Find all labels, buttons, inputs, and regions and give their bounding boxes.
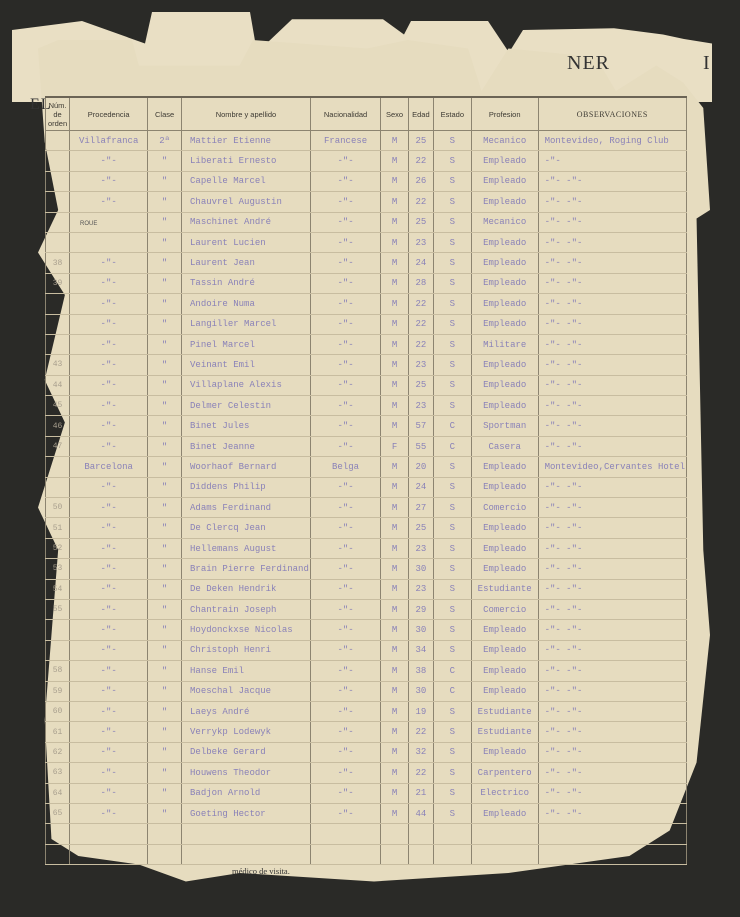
cell-profesion: Empleado <box>471 661 538 681</box>
cell-nombre: Diddens Philip <box>182 477 311 497</box>
cell-edad: 23 <box>408 355 433 375</box>
table-row: Barcelona"Woorhaof BernardBelgaM20SEmple… <box>46 457 687 477</box>
cell-num: 53 <box>46 559 70 579</box>
table-row: 64-"-"Badjon Arnold-"-M21SElectrico-"- -… <box>46 783 687 803</box>
cell-procedencia: -"- <box>70 253 148 273</box>
cell-nacionalidad: -"- <box>310 640 380 660</box>
cell-num: 65 <box>46 803 70 823</box>
cell-procedencia: -"- <box>70 498 148 518</box>
cell-observaciones: -"- -"- <box>538 334 686 354</box>
table-row: "Maschinet André-"-M25SMecanico-"- -"- <box>46 212 687 232</box>
cell-nacionalidad: -"- <box>310 579 380 599</box>
cell-clase: " <box>148 803 182 823</box>
cell-observaciones: -"- -"- <box>538 722 686 742</box>
cell-procedencia: -"- <box>70 620 148 640</box>
cell-procedencia: -"- <box>70 396 148 416</box>
cell-sexo: M <box>381 681 409 701</box>
cell-clase: " <box>148 763 182 783</box>
cell-procedencia: -"- <box>70 722 148 742</box>
table-row: -"-"Hoydonckxse Nicolas-"-M30SEmpleado-"… <box>46 620 687 640</box>
cell-num: 51 <box>46 518 70 538</box>
cell-nombre: De Deken Hendrik <box>182 579 311 599</box>
footer-note: médico de visita. <box>232 866 290 876</box>
cell-observaciones: Montevideo,Cervantes Hotel <box>538 457 686 477</box>
cell-nacionalidad: -"- <box>310 171 380 191</box>
cell-nombre: Liberati Ernesto <box>182 151 311 171</box>
cell-edad: 23 <box>408 579 433 599</box>
cell-procedencia: -"- <box>70 701 148 721</box>
cell-profesion: Estudiante <box>471 579 538 599</box>
cell-nacionalidad: -"- <box>310 416 380 436</box>
col-num: Núm. de orden <box>46 97 70 131</box>
cell-edad: 22 <box>408 334 433 354</box>
table-row: 43-"-"Veinant Emil-"-M23SEmpleado-"- -"- <box>46 355 687 375</box>
table-row: 45-"-"Delmer Celestin-"-M23SEmpleado-"- … <box>46 396 687 416</box>
cell-sexo: M <box>381 416 409 436</box>
cell-observaciones: -"- -"- <box>538 232 686 252</box>
cell-estado: S <box>433 131 471 151</box>
cell-num <box>46 640 70 660</box>
cell-num: 47 <box>46 436 70 456</box>
table-header-row: Núm. de orden Procedencia Clase Nombre y… <box>46 97 687 131</box>
col-nombre: Nombre y apellido <box>182 97 311 131</box>
cell-clase: " <box>148 681 182 701</box>
empty-cell <box>182 824 311 844</box>
cell-observaciones: -"- -"- <box>538 294 686 314</box>
cell-observaciones: -"- -"- <box>538 661 686 681</box>
cell-profesion: Estudiante <box>471 701 538 721</box>
cell-num <box>46 232 70 252</box>
cell-procedencia: -"- <box>70 661 148 681</box>
cell-estado: S <box>433 599 471 619</box>
cell-clase: " <box>148 192 182 212</box>
cell-procedencia: -"- <box>70 355 148 375</box>
cell-estado: S <box>433 273 471 293</box>
cell-edad: 29 <box>408 599 433 619</box>
cell-num: 62 <box>46 742 70 762</box>
cell-num: 58 <box>46 661 70 681</box>
cell-profesion: Empleado <box>471 457 538 477</box>
cell-num: 52 <box>46 538 70 558</box>
cell-nombre: Villaplane Alexis <box>182 375 311 395</box>
cell-nacionalidad: Francese <box>310 131 380 151</box>
title-fragment: NER <box>567 52 610 75</box>
cell-nacionalidad: -"- <box>310 314 380 334</box>
cell-nombre: Andoire Numa <box>182 294 311 314</box>
cell-procedencia: -"- <box>70 416 148 436</box>
cell-edad: 32 <box>408 742 433 762</box>
cell-profesion: Empleado <box>471 620 538 640</box>
cell-estado: S <box>433 375 471 395</box>
cell-edad: 24 <box>408 477 433 497</box>
cell-estado: S <box>433 579 471 599</box>
cell-estado: S <box>433 742 471 762</box>
cell-sexo: M <box>381 701 409 721</box>
empty-cell <box>46 824 70 844</box>
table-row: 55-"-"Chantrain Joseph-"-M29SComercio-"-… <box>46 599 687 619</box>
cell-observaciones: -"- -"- <box>538 579 686 599</box>
cell-estado: S <box>433 477 471 497</box>
cell-edad: 57 <box>408 416 433 436</box>
cell-nacionalidad: -"- <box>310 151 380 171</box>
table-row: 65-"-"Goeting Hector-"-M44SEmpleado-"- -… <box>46 803 687 823</box>
cell-nombre: Laurent Jean <box>182 253 311 273</box>
cell-observaciones: -"- -"- <box>538 375 686 395</box>
cell-num <box>46 131 70 151</box>
cell-clase: " <box>148 579 182 599</box>
cell-procedencia: Barcelona <box>70 457 148 477</box>
table-row: 62-"-"Delbeke Gerard-"-M32SEmpleado-"- -… <box>46 742 687 762</box>
cell-procedencia: -"- <box>70 477 148 497</box>
empty-row <box>46 844 687 864</box>
cell-nacionalidad: -"- <box>310 273 380 293</box>
cell-profesion: Empleado <box>471 355 538 375</box>
cell-sexo: M <box>381 192 409 212</box>
cell-procedencia: -"- <box>70 742 148 762</box>
cell-edad: 22 <box>408 151 433 171</box>
cell-procedencia: -"- <box>70 599 148 619</box>
cell-observaciones: -"- -"- <box>538 783 686 803</box>
cell-nombre: Mattier Etienne <box>182 131 311 151</box>
col-observaciones: OBSERVACIONES <box>538 97 686 131</box>
cell-estado: S <box>433 253 471 273</box>
cell-nombre: Veinant Emil <box>182 355 311 375</box>
table-row: 53-"-"Brain Pierre Ferdinand-"-M30SEmple… <box>46 559 687 579</box>
cell-estado: S <box>433 355 471 375</box>
col-profesion: Profesion <box>471 97 538 131</box>
cell-observaciones: -"- -"- <box>538 212 686 232</box>
cell-num <box>46 151 70 171</box>
cell-estado: S <box>433 498 471 518</box>
cell-profesion: Empleado <box>471 294 538 314</box>
cell-sexo: M <box>381 457 409 477</box>
cell-nacionalidad: -"- <box>310 253 380 273</box>
cell-sexo: M <box>381 334 409 354</box>
table-row: 51-"-"De Clercq Jean-"-M25SEmpleado-"- -… <box>46 518 687 538</box>
cell-observaciones: -"- -"- <box>538 742 686 762</box>
table-row: 54-"-"De Deken Hendrik-"-M23SEstudiante-… <box>46 579 687 599</box>
cell-nombre: Hoydonckxse Nicolas <box>182 620 311 640</box>
cell-nombre: Goeting Hector <box>182 803 311 823</box>
cell-edad: 22 <box>408 314 433 334</box>
empty-cell <box>538 844 686 864</box>
cell-clase: " <box>148 783 182 803</box>
cell-profesion: Empleado <box>471 640 538 660</box>
empty-cell <box>408 844 433 864</box>
cell-num: 44 <box>46 375 70 395</box>
cell-sexo: F <box>381 436 409 456</box>
cell-estado: S <box>433 334 471 354</box>
cell-estado: S <box>433 559 471 579</box>
cell-clase: " <box>148 334 182 354</box>
cell-observaciones: -"- -"- <box>538 171 686 191</box>
cell-observaciones: -"- -"- <box>538 803 686 823</box>
cell-nacionalidad: -"- <box>310 334 380 354</box>
cell-nacionalidad: -"- <box>310 498 380 518</box>
cell-estado: S <box>433 803 471 823</box>
cell-edad: 19 <box>408 701 433 721</box>
cell-clase: " <box>148 620 182 640</box>
table-row: 46-"-"Binet Jules-"-M57CSportman-"- -"- <box>46 416 687 436</box>
cell-edad: 25 <box>408 375 433 395</box>
cell-sexo: M <box>381 661 409 681</box>
empty-cell <box>471 824 538 844</box>
table-row: 58-"-"Hanse Emil-"-M38CEmpleado-"- -"- <box>46 661 687 681</box>
cell-estado: S <box>433 722 471 742</box>
cell-edad: 38 <box>408 661 433 681</box>
cell-procedencia: -"- <box>70 559 148 579</box>
cell-edad: 25 <box>408 131 433 151</box>
cell-num: 54 <box>46 579 70 599</box>
cell-observaciones: -"- -"- <box>538 355 686 375</box>
cell-profesion: Empleado <box>471 375 538 395</box>
cell-edad: 27 <box>408 498 433 518</box>
cell-nombre: Verrykp Lodewyk <box>182 722 311 742</box>
cell-clase: " <box>148 396 182 416</box>
cell-sexo: M <box>381 477 409 497</box>
cell-profesion: Sportman <box>471 416 538 436</box>
cell-profesion: Empleado <box>471 314 538 334</box>
cell-edad: 26 <box>408 171 433 191</box>
cell-num: 60 <box>46 701 70 721</box>
cell-num <box>46 457 70 477</box>
cell-estado: S <box>433 232 471 252</box>
table-row: "Laurent Lucien-"-M23SEmpleado-"- -"- <box>46 232 687 252</box>
cell-profesion: Empleado <box>471 803 538 823</box>
cell-estado: S <box>433 212 471 232</box>
cell-num: 64 <box>46 783 70 803</box>
table-row: -"-"Capelle Marcel-"-M26SEmpleado-"- -"- <box>46 171 687 191</box>
table-row: -"-"Langiller Marcel-"-M22SEmpleado-"- -… <box>46 314 687 334</box>
empty-cell <box>182 844 311 864</box>
cell-clase: " <box>148 273 182 293</box>
cell-clase: " <box>148 701 182 721</box>
cell-num: 61 <box>46 722 70 742</box>
cell-clase: " <box>148 538 182 558</box>
col-nacionalidad: Nacionalidad <box>310 97 380 131</box>
cell-estado: S <box>433 171 471 191</box>
cell-nombre: Binet Jeanne <box>182 436 311 456</box>
cell-estado: S <box>433 518 471 538</box>
cell-clase: " <box>148 314 182 334</box>
cell-sexo: M <box>381 131 409 151</box>
cell-procedencia: -"- <box>70 151 148 171</box>
cell-sexo: M <box>381 314 409 334</box>
col-edad: Edad <box>408 97 433 131</box>
cell-sexo: M <box>381 355 409 375</box>
cell-observaciones: Montevideo, Roging Club <box>538 131 686 151</box>
cell-nombre: Tassin André <box>182 273 311 293</box>
cell-nombre: Delbeke Gerard <box>182 742 311 762</box>
empty-cell <box>381 844 409 864</box>
cell-num <box>46 620 70 640</box>
cell-edad: 23 <box>408 232 433 252</box>
cell-observaciones: -"- -"- <box>538 416 686 436</box>
cell-nacionalidad: -"- <box>310 294 380 314</box>
cell-clase: " <box>148 212 182 232</box>
cell-clase: " <box>148 722 182 742</box>
cell-estado: S <box>433 192 471 212</box>
cell-nombre: Laeys André <box>182 701 311 721</box>
cell-clase: " <box>148 294 182 314</box>
title-fragment-2: I <box>703 52 711 75</box>
col-procedencia: Procedencia <box>70 97 148 131</box>
table-row: 39-"-"Tassin André-"-M28SEmpleado-"- -"- <box>46 273 687 293</box>
cell-edad: 23 <box>408 396 433 416</box>
cell-nacionalidad: -"- <box>310 763 380 783</box>
cell-nombre: Chauvrel Augustin <box>182 192 311 212</box>
cell-nacionalidad: -"- <box>310 232 380 252</box>
empty-cell <box>310 824 380 844</box>
cell-nombre: Binet Jules <box>182 416 311 436</box>
cell-estado: S <box>433 763 471 783</box>
cell-procedencia: -"- <box>70 640 148 660</box>
cell-profesion: Casera <box>471 436 538 456</box>
cell-clase: " <box>148 416 182 436</box>
cell-nombre: Maschinet André <box>182 212 311 232</box>
cell-edad: 30 <box>408 681 433 701</box>
cell-procedencia: -"- <box>70 579 148 599</box>
table-row: -"-"Diddens Philip-"-M24SEmpleado-"- -"- <box>46 477 687 497</box>
cell-nombre: Langiller Marcel <box>182 314 311 334</box>
cell-nombre: Capelle Marcel <box>182 171 311 191</box>
cell-num <box>46 477 70 497</box>
cell-nacionalidad: -"- <box>310 783 380 803</box>
cell-observaciones: -"- <box>538 151 686 171</box>
cell-observaciones: -"- -"- <box>538 538 686 558</box>
empty-cell <box>433 844 471 864</box>
cell-clase: " <box>148 232 182 252</box>
cell-sexo: M <box>381 375 409 395</box>
cell-nombre: Adams Ferdinand <box>182 498 311 518</box>
cell-estado: S <box>433 538 471 558</box>
cell-sexo: M <box>381 518 409 538</box>
cell-estado: C <box>433 436 471 456</box>
cell-sexo: M <box>381 742 409 762</box>
empty-cell <box>381 824 409 844</box>
cell-sexo: M <box>381 498 409 518</box>
cell-profesion: Empleado <box>471 742 538 762</box>
cell-profesion: Empleado <box>471 477 538 497</box>
cell-observaciones: -"- -"- <box>538 498 686 518</box>
cell-nacionalidad: -"- <box>310 559 380 579</box>
table-row: 52-"-"Hellemans August-"-M23SEmpleado-"-… <box>46 538 687 558</box>
cell-nacionalidad: -"- <box>310 701 380 721</box>
cell-edad: 20 <box>408 457 433 477</box>
cell-sexo: M <box>381 559 409 579</box>
cell-nacionalidad: -"- <box>310 355 380 375</box>
cell-edad: 34 <box>408 640 433 660</box>
cell-estado: S <box>433 457 471 477</box>
cell-procedencia: -"- <box>70 273 148 293</box>
cell-estado: S <box>433 701 471 721</box>
cell-profesion: Empleado <box>471 396 538 416</box>
cell-clase: " <box>148 375 182 395</box>
col-estado: Estado <box>433 97 471 131</box>
cell-edad: 22 <box>408 722 433 742</box>
cell-num <box>46 294 70 314</box>
cell-procedencia: -"- <box>70 294 148 314</box>
cell-nacionalidad: -"- <box>310 518 380 538</box>
cell-nombre: Laurent Lucien <box>182 232 311 252</box>
cell-nacionalidad: -"- <box>310 538 380 558</box>
cell-clase: " <box>148 742 182 762</box>
cell-procedencia: -"- <box>70 763 148 783</box>
cell-nombre: Delmer Celestin <box>182 396 311 416</box>
cell-sexo: M <box>381 171 409 191</box>
cell-observaciones: -"- -"- <box>538 681 686 701</box>
cell-procedencia: -"- <box>70 783 148 803</box>
cell-profesion: Empleado <box>471 192 538 212</box>
cell-nombre: Woorhaof Bernard <box>182 457 311 477</box>
cell-sexo: M <box>381 212 409 232</box>
cell-clase: " <box>148 355 182 375</box>
cell-profesion: Estudiante <box>471 722 538 742</box>
cell-clase: " <box>148 457 182 477</box>
cell-edad: 22 <box>408 294 433 314</box>
cell-clase: " <box>148 640 182 660</box>
empty-cell <box>310 844 380 864</box>
cell-sexo: M <box>381 273 409 293</box>
cell-clase: " <box>148 436 182 456</box>
cell-procedencia <box>70 212 148 232</box>
empty-cell <box>70 844 148 864</box>
cell-profesion: Empleado <box>471 273 538 293</box>
cell-num: 38 <box>46 253 70 273</box>
cell-clase: " <box>148 599 182 619</box>
cell-clase: 2ª <box>148 131 182 151</box>
table-row: 63-"-"Houwens Theodor-"-M22SCarpentero-"… <box>46 763 687 783</box>
cell-clase: " <box>148 151 182 171</box>
cell-nacionalidad: -"- <box>310 396 380 416</box>
cell-edad: 21 <box>408 783 433 803</box>
cell-procedencia: -"- <box>70 192 148 212</box>
cell-edad: 28 <box>408 273 433 293</box>
cell-sexo: M <box>381 151 409 171</box>
empty-cell <box>538 824 686 844</box>
cell-nacionalidad: -"- <box>310 661 380 681</box>
cell-observaciones: -"- -"- <box>538 477 686 497</box>
cell-edad: 44 <box>408 803 433 823</box>
cell-sexo: M <box>381 803 409 823</box>
cell-observaciones: -"- -"- <box>538 701 686 721</box>
cell-procedencia: -"- <box>70 538 148 558</box>
cell-edad: 30 <box>408 620 433 640</box>
cell-procedencia: -"- <box>70 375 148 395</box>
cell-profesion: Empleado <box>471 559 538 579</box>
cell-num <box>46 212 70 232</box>
cell-edad: 23 <box>408 538 433 558</box>
cell-profesion: Empleado <box>471 518 538 538</box>
cell-observaciones: -"- -"- <box>538 763 686 783</box>
cell-nacionalidad: -"- <box>310 620 380 640</box>
cell-num: 39 <box>46 273 70 293</box>
cell-observaciones: -"- -"- <box>538 620 686 640</box>
cell-procedencia: -"- <box>70 803 148 823</box>
table-row: -"-"Liberati Ernesto-"-M22SEmpleado-"- <box>46 151 687 171</box>
cell-estado: S <box>433 620 471 640</box>
cell-profesion: Mecanico <box>471 131 538 151</box>
table-row: -"-"Andoire Numa-"-M22SEmpleado-"- -"- <box>46 294 687 314</box>
cell-sexo: M <box>381 294 409 314</box>
cell-edad: 55 <box>408 436 433 456</box>
cell-clase: " <box>148 498 182 518</box>
cell-procedencia: -"- <box>70 518 148 538</box>
cell-sexo: M <box>381 763 409 783</box>
cell-observaciones: -"- -"- <box>538 640 686 660</box>
cell-observaciones: -"- -"- <box>538 314 686 334</box>
cell-observaciones: -"- -"- <box>538 273 686 293</box>
